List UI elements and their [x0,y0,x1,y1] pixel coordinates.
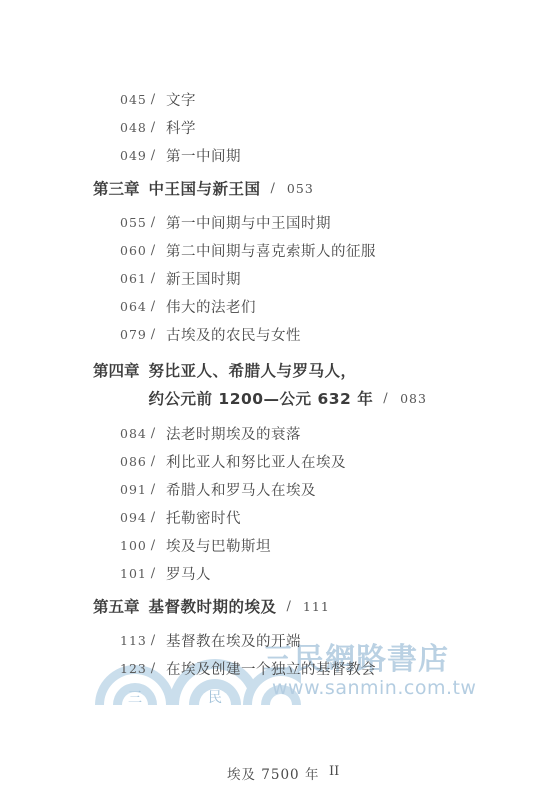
toc-item: 079 / 古埃及的农民与女性 [0,320,536,348]
toc-item-title: 希腊人和罗马人在埃及 [166,479,316,500]
toc-separator: / [287,599,291,614]
watermark-logo-char-2: 民 [208,690,222,706]
toc-item-title: 在埃及创建一个独立的基督教会 [166,658,376,679]
toc-separator: / [146,243,160,258]
chapter-page-number: 111 [303,599,330,614]
toc-separator: / [146,482,160,497]
toc-item-page-number: 061 [120,271,146,286]
toc-separator: / [146,299,160,314]
toc-item-page-number: 064 [120,299,146,314]
toc-item-page-number: 045 [120,92,146,107]
chapter-title-lines: 努比亚人、希腊人与罗马人， 约公元前 1200—公元 632 年 / 083 [149,357,427,413]
chapter-title-line-1: 努比亚人、希腊人与罗马人， [149,357,427,385]
toc-item-title: 基督教在埃及的开端 [166,630,301,651]
toc-item-title: 第二中间期与喜克索斯人的征服 [166,240,376,261]
toc-item-page-number: 101 [120,566,146,581]
toc-item-title: 法老时期埃及的衰落 [166,423,301,444]
toc-chapter-3: 第三章 中王国与新王国 / 053 [0,173,536,203]
toc-separator: / [146,454,160,469]
table-of-contents: 045 / 文字 048 / 科学 049 / 第一中间期 第三章 中王国与新王… [0,0,536,682]
toc-item: 084 / 法老时期埃及的衰落 [0,419,536,447]
toc-separator: / [146,661,160,676]
toc-item: 091 / 希腊人和罗马人在埃及 [0,475,536,503]
toc-item-page-number: 055 [120,215,146,230]
toc-item: 045 / 文字 [0,85,536,113]
toc-separator: / [146,633,160,648]
toc-item: 086 / 利比亚人和努比亚人在埃及 [0,447,536,475]
toc-item: 061 / 新王国时期 [0,264,536,292]
toc-item-page-number: 113 [120,633,146,648]
chapter-title: 基督教时期的埃及 [149,595,277,617]
toc-item-title: 托勒密时代 [166,507,241,528]
book-toc-page: 三 民 三民網路書店 www.sanmin.com.tw 045 / 文字 04… [0,0,536,800]
toc-item-page-number: 084 [120,426,146,441]
toc-item-page-number: 086 [120,454,146,469]
toc-chapter-4: 第四章 努比亚人、希腊人与罗马人， 约公元前 1200—公元 632 年 / 0… [0,357,536,413]
chapter-title-line-2: 约公元前 1200—公元 632 年 / 083 [149,385,427,413]
toc-chapter-5: 第五章 基督教时期的埃及 / 111 [0,591,536,621]
chapter-title-line-2-text: 约公元前 1200—公元 632 年 [149,385,374,413]
toc-item-title: 罗马人 [166,563,211,584]
toc-item-title: 第一中间期与中王国时期 [166,212,331,233]
toc-item-page-number: 048 [120,120,146,135]
toc-separator: / [146,327,160,342]
footer-book-title: 埃及 7500 年 [227,763,319,783]
toc-item-page-number: 079 [120,327,146,342]
toc-item: 055 / 第一中间期与中王国时期 [0,208,536,236]
toc-separator: / [146,148,160,163]
toc-item-title: 伟大的法老们 [166,296,256,317]
footer-page-number: II [329,764,339,779]
toc-separator: / [146,538,160,553]
toc-item: 060 / 第二中间期与喜克索斯人的征服 [0,236,536,264]
chapter-page-number: 083 [400,385,427,413]
toc-separator: / [383,385,388,413]
toc-item-title: 埃及与巴勒斯坦 [166,535,271,556]
toc-item: 048 / 科学 [0,113,536,141]
toc-separator: / [146,566,160,581]
toc-item-page-number: 091 [120,482,146,497]
toc-separator: / [146,271,160,286]
toc-item-title: 文字 [166,89,196,110]
toc-item-page-number: 100 [120,538,146,553]
toc-separator: / [146,426,160,441]
toc-item: 100 / 埃及与巴勒斯坦 [0,531,536,559]
toc-item-page-number: 049 [120,148,146,163]
toc-separator: / [271,181,275,196]
toc-item-page-number: 094 [120,510,146,525]
chapter-label: 第四章 [93,357,140,385]
toc-item-title: 新王国时期 [166,268,241,289]
toc-item-title: 利比亚人和努比亚人在埃及 [166,451,346,472]
toc-separator: / [146,92,160,107]
chapter-label: 第五章 [93,595,140,617]
toc-item-title: 第一中间期 [166,145,241,166]
toc-item: 049 / 第一中间期 [0,141,536,169]
toc-item-title: 古埃及的农民与女性 [166,324,301,345]
chapter-title: 中王国与新王国 [149,177,261,199]
toc-item: 101 / 罗马人 [0,559,536,587]
chapter-label: 第三章 [93,177,140,199]
toc-separator: / [146,510,160,525]
toc-separator: / [146,120,160,135]
chapter-page-number: 053 [287,181,314,196]
toc-item: 064 / 伟大的法老们 [0,292,536,320]
toc-item: 123 / 在埃及创建一个独立的基督教会 [0,654,536,682]
toc-separator: / [146,215,160,230]
toc-item-title: 科学 [166,117,196,138]
watermark-logo-char-1: 三 [128,690,142,706]
toc-item-page-number: 060 [120,243,146,258]
toc-item: 113 / 基督教在埃及的开端 [0,626,536,654]
toc-item: 094 / 托勒密时代 [0,503,536,531]
toc-item-page-number: 123 [120,661,146,676]
